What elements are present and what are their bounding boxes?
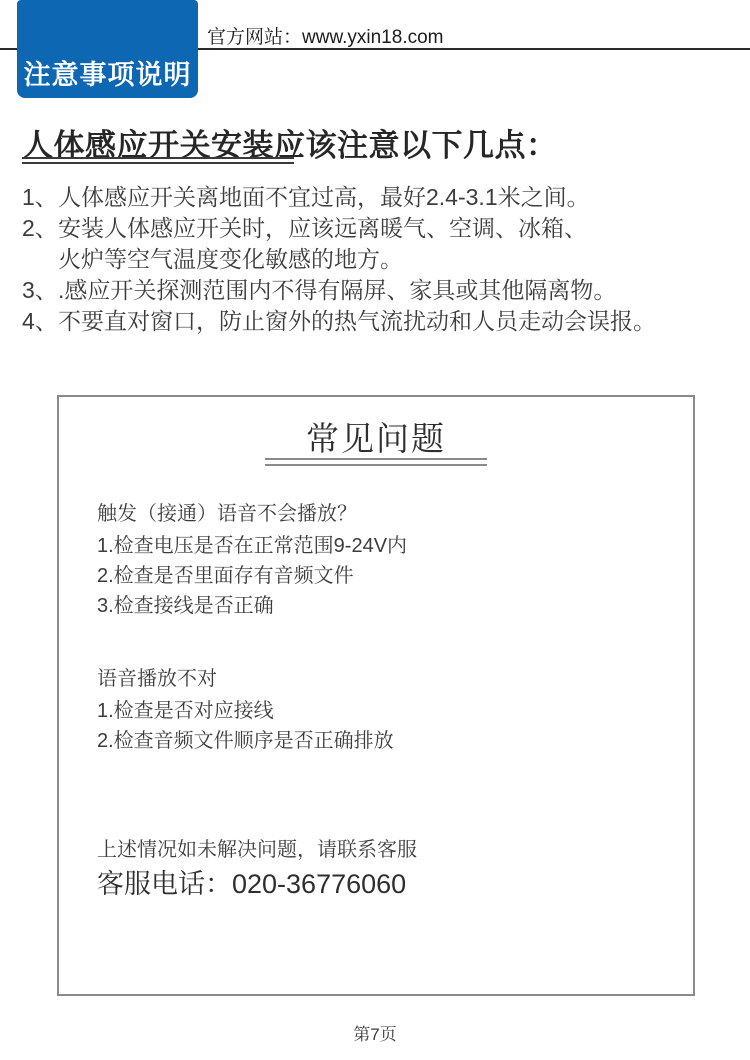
notice-item-line: 火炉等空气温度变化敏感的地方。 [58,246,403,272]
notice-heading-underline [22,157,294,164]
notice-item-4: 4、 不要直对窗口，防止窗外的热气流扰动和人员走动会误报。 [22,306,722,337]
faq-section-playback: 触发（接通）语音不会播放？ 1.检查电压是否在正常范围9-24V内 2.检查是否… [97,499,657,621]
notice-item-text: 安装人体感应开关时，应该远离暖气、空调、冰箱、 火炉等空气温度变化敏感的地方。 [58,213,722,275]
faq-section-wrong-audio: 语音播放不对 1.检查是否对应接线 2.检查音频文件顺序是否正确排放 [97,664,657,756]
page-number: 第7页 [0,1020,750,1045]
notice-item-number: 4、 [22,306,58,337]
notice-item-line: 安装人体感应开关时，应该远离暖气、空调、冰箱、 [58,215,587,241]
notice-item-number: 1、 [22,182,58,213]
notice-item-1: 1、 人体感应开关离地面不宜过高，最好2.4-3.1米之间。 [22,182,722,213]
faq-contact: 上述情况如未解决问题，请联系客服 客服电话：020-36776060 [97,837,657,900]
notice-item-text: 人体感应开关离地面不宜过高，最好2.4-3.1米之间。 [58,182,722,213]
contact-note: 上述情况如未解决问题，请联系客服 [97,837,657,863]
section-badge-label: 注意事项说明 [24,62,192,89]
faq-title: 常见问题 [59,413,693,460]
faq-step: 2.检查音频文件顺序是否正确排放 [97,726,657,756]
faq-box: 常见问题 触发（接通）语音不会播放？ 1.检查电压是否在正常范围9-24V内 2… [57,395,695,996]
notice-list: 1、 人体感应开关离地面不宜过高，最好2.4-3.1米之间。 2、 安装人体感应… [22,182,722,337]
notice-item-number: 2、 [22,213,58,275]
notice-item-text: .感应开关探测范围内不得有隔屏、家具或其他隔离物。 [58,275,722,306]
faq-question: 触发（接通）语音不会播放？ [97,499,657,529]
faq-step: 1.检查是否对应接线 [97,696,657,726]
faq-step: 2.检查是否里面存有音频文件 [97,561,657,591]
contact-phone-number: 客服电话：020-36776060 [97,868,657,900]
official-website-text: 官方网站：www.yxin18.com [207,22,444,49]
notice-item-number: 3、 [22,275,58,306]
faq-title-underline [265,458,487,466]
manual-page: 注意事项说明 官方网站：www.yxin18.com 人体感应开关安装应该注意以… [0,0,750,1060]
faq-question: 语音播放不对 [97,664,657,694]
notice-item-text: 不要直对窗口，防止窗外的热气流扰动和人员走动会误报。 [58,306,722,337]
faq-step: 3.检查接线是否正确 [97,591,657,621]
notice-item-2: 2、 安装人体感应开关时，应该远离暖气、空调、冰箱、 火炉等空气温度变化敏感的地… [22,213,722,275]
section-badge: 注意事项说明 [17,0,198,98]
faq-step: 1.检查电压是否在正常范围9-24V内 [97,531,657,561]
notice-item-3: 3、 .感应开关探测范围内不得有隔屏、家具或其他隔离物。 [22,275,722,306]
